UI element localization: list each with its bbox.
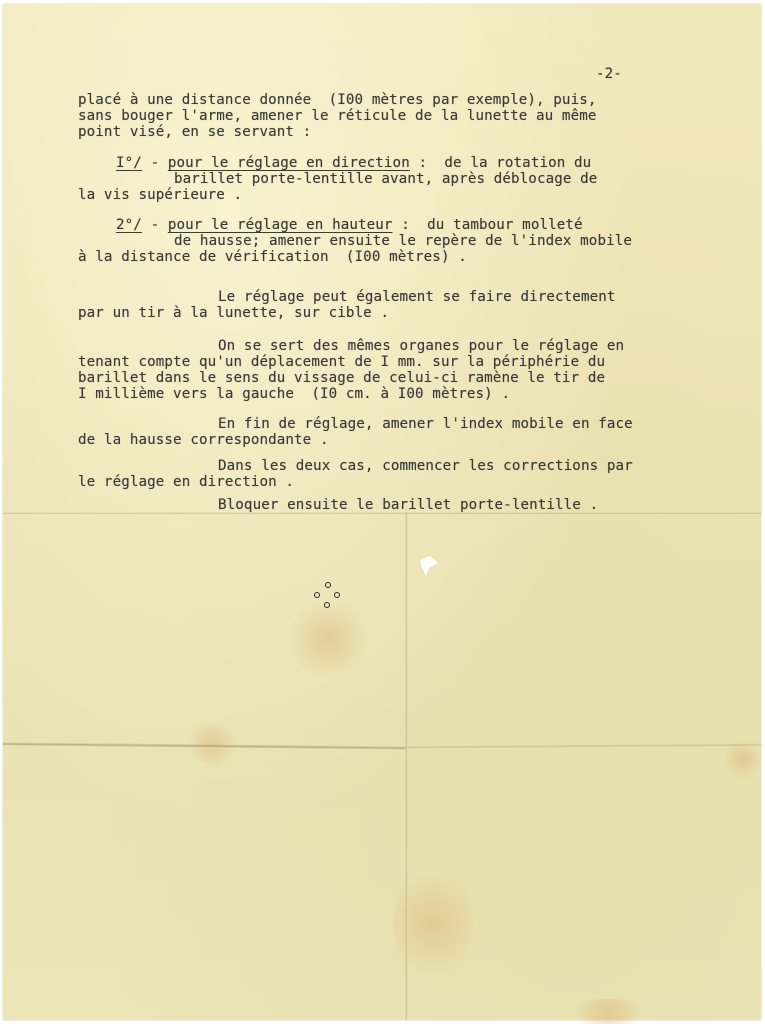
para-direct-line-1: Le réglage peut également se faire direc… (218, 289, 616, 305)
item-2-line-3: à la distance de vérification (I00 mètre… (78, 249, 467, 265)
item-1-line-3: la vis supérieure . (78, 187, 242, 203)
stain (563, 999, 653, 1024)
para-direct-line-2: par un tir à la lunette, sur cible . (78, 305, 389, 321)
para-fin-line-2: de la hausse correspondante . (78, 432, 329, 448)
para-organes-line-3: barillet dans le sens du vissage de celu… (78, 370, 605, 386)
punch-holes (314, 582, 344, 612)
item-2-first-line: 2°/ - pour le réglage en hauteur : du ta… (116, 217, 583, 233)
item-2-heading: pour le réglage en hauteur (168, 217, 393, 233)
item-2-rest: : du tambour molleté (393, 217, 583, 233)
para-organes-line-4: I millième vers la gauche (I0 cm. à I00 … (78, 386, 510, 402)
para-bloquer-line-1: Bloquer ensuite le barillet porte-lentil… (218, 497, 598, 513)
intro-line-2: sans bouger l'arme, amener le réticule d… (78, 108, 597, 124)
item-1-number: I°/ (116, 155, 142, 171)
stain (283, 604, 373, 674)
item-1-first-line: I°/ - pour le réglage en direction : de … (116, 155, 591, 171)
page-number: -2- (596, 66, 622, 82)
punch-hole (334, 592, 340, 598)
item-1-dash: - (142, 155, 168, 171)
para-deux-cas-line-1: Dans les deux cas, commencer les correct… (218, 458, 633, 474)
horizontal-fold-crease-right (405, 744, 761, 749)
intro-line-1: placé à une distance donnée (I00 mètres … (78, 92, 597, 108)
vertical-fold-line (405, 512, 408, 1020)
intro-line-3: point visé, en se servant : (78, 124, 311, 140)
para-organes-line-2: tenant compte qu'un déplacement de I mm.… (78, 354, 605, 370)
para-organes-line-1: On se sert des mêmes organes pour le rég… (218, 338, 624, 354)
item-1-rest: : de la rotation du (410, 155, 591, 171)
punch-hole (325, 582, 331, 588)
item-1-heading: pour le réglage en direction (168, 155, 410, 171)
punch-hole (324, 602, 330, 608)
item-2-dash: - (142, 217, 168, 233)
para-deux-cas-line-2: le réglage en direction . (78, 474, 294, 490)
punch-hole (314, 592, 320, 598)
item-2-number: 2°/ (116, 217, 142, 233)
item-1-line-2: barillet porte-lentille avant, après déb… (174, 171, 597, 187)
para-fin-line-1: En fin de réglage, amener l'index mobile… (218, 416, 633, 432)
item-2-line-2: de hausse; amener ensuite le repère de l… (174, 233, 632, 249)
